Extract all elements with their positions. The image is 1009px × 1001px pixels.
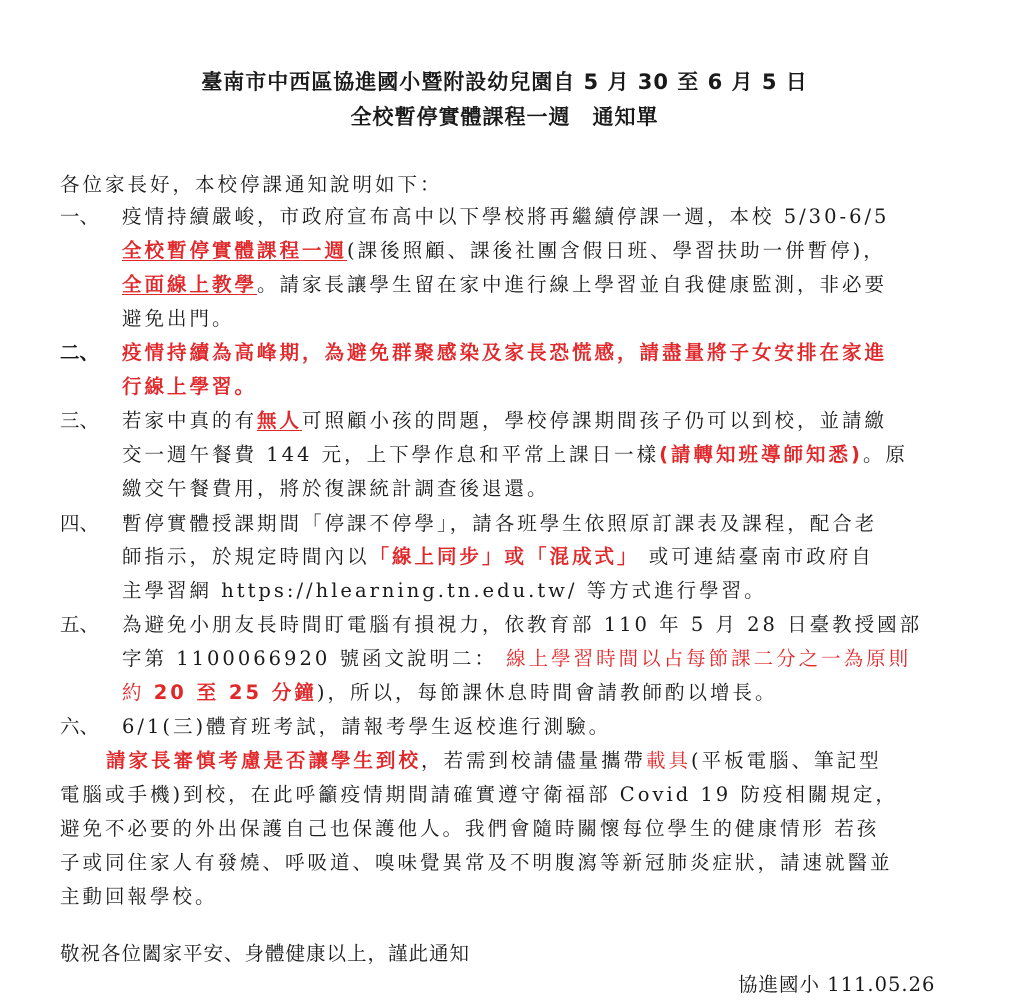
item-line: 全校暫停實體課程一週(課後照顧、課後社團含假日班、學習扶助一併暫停)， [122,238,886,264]
highlight-text: 請家長審慎考慮是否讓學生到校 [106,749,421,772]
item-line: 交一週午餐費 144 元，上下學作息和平常上課日一樣(請轉知班導師知悉)。原 [122,442,908,468]
body-text: ，若需到校請儘量攜帶 [421,749,646,772]
body-text: 暫停實體授課期間「停課不停學」，請各班學生依照原訂課表及課程，配合老 [122,512,877,535]
item-number: 三、 [60,408,99,434]
highlight-underlined-text: 全面線上教學 [122,273,257,296]
item-line: 師指示，於規定時間內以「線上同步」或「混成式」 或可連結臺南市政府自 [122,544,874,570]
item-line: 疫情持續為高峰期，為避免群聚感染及家長恐慌感，請盡量將子女安排在家進 [122,340,887,366]
document-title-line2: 全校暫停實體課程一週 通知單 [0,101,1009,131]
body-text: 避免不必要的外出保護自己也保護他人。我們會隨時關懷每位學生的健康情形 若孩 [60,817,879,840]
body-text: (課後照顧、課後社團含假日班、學習扶助一併暫停)， [347,239,886,262]
highlight-text: 載具 [646,749,691,772]
body-text: 。原 [863,443,908,466]
body-text: 。請家長讓學生留在家中進行線上學習並自我健康監測，非必要 [257,273,887,296]
greeting: 各位家長好，本校停課通知說明如下： [60,172,443,198]
item-line: 主學習網 https://hlearning.tn.edu.tw/ 等方式進行學… [122,578,767,604]
closing-line: 電腦或手機)到校，在此呼籲疫情期間請確實遵守衛福部 Covid 19 防疫相關規… [60,782,898,808]
item-number: 四、 [60,511,99,537]
highlight-underlined-text: 全校暫停實體課程一週 [122,239,347,262]
body-text: (平板電腦、筆記型 [691,749,882,772]
body-text: 交一週午餐費 144 元，上下學作息和平常上課日一樣 [122,443,659,466]
item-line: 疫情持續嚴峻，市政府宣布高中以下學校將再繼續停課一週，本校 5/30-6/5 [122,204,889,230]
item-number: 一、 [60,204,99,230]
item-number: 五、 [60,612,99,638]
body-text: 主動回報學校。 [60,885,218,908]
body-text: 繳交午餐費用，將於復課統計調查後退還。 [122,477,550,500]
highlight-text: (請轉知班導師知悉) [659,443,863,466]
closing-line: 避免不必要的外出保護自己也保護他人。我們會隨時關懷每位學生的健康情形 若孩 [60,816,879,842]
item-line: 6/1(三)體育班考試，請報考學生返校進行測驗。 [122,714,611,740]
highlight-text: 約 [122,681,154,704]
item-number: 六、 [60,714,99,740]
closing-line: 請家長審慎考慮是否讓學生到校，若需到校請儘量攜帶載具(平板電腦、筆記型 [106,748,882,774]
sign-off: 敬祝各位闔家平安、身體健康以上，謹此通知 [60,941,470,967]
item-line: 若家中真的有無人可照顧小孩的問題，學校停課期間孩子仍可以到校，並請繳 [122,408,887,434]
body-text: 師指示，於規定時間內以 [122,545,370,568]
body-text: )，所以，每節課休息時間會請教師酌以增長。 [317,681,778,704]
closing-line: 主動回報學校。 [60,884,218,910]
body-text: 若家中真的有 [122,409,257,432]
closing-line: 子或同住家人有發燒、呼吸道、嗅味覺異常及不明腹瀉等新冠肺炎症狀，請速就醫並 [60,850,893,876]
body-text: 可照顧小孩的問題，學校停課期間孩子仍可以到校，並請繳 [302,409,887,432]
body-text: 子或同住家人有發燒、呼吸道、嗅味覺異常及不明腹瀉等新冠肺炎症狀，請速就醫並 [60,851,893,874]
body-text: 為避免小朋友長時間盯電腦有損視力，依教育部 110 年 5 月 28 日臺教授國… [122,613,922,636]
body-text: 或可連結臺南市政府自 [640,545,874,568]
body-text: 疫情持續嚴峻，市政府宣布高中以下學校將再繼續停課一週，本校 5/30-6/5 [122,205,889,228]
highlight-text: 「線上同步」或「混成式」 [370,545,640,568]
document-title-line1: 臺南市中西區協進國小暨附設幼兒園自 5 月 30 至 6 月 5 日 [0,66,1009,96]
item-line: 行線上學習。 [122,374,257,400]
item-line: 字第 1100066920 號函文說明二： 線上學習時間以占每節課二分之一為原則 [122,646,911,672]
item-line: 全面線上教學。請家長讓學生留在家中進行線上學習並自我健康監測，非必要 [122,272,887,298]
signature: 協進國小 111.05.26 [738,972,935,998]
item-line: 繳交午餐費用，將於復課統計調查後退還。 [122,476,550,502]
highlight-text: 線上學習時間以占每節課二分之一為原則 [506,647,911,670]
body-text: 字第 1100066920 號函文說明二： [122,647,506,670]
body-text: 6/1(三)體育班考試，請報考學生返校進行測驗。 [122,715,611,738]
body-text: 主學習網 https://hlearning.tn.edu.tw/ 等方式進行學… [122,579,767,602]
item-line: 避免出門。 [122,306,235,332]
item-line: 為避免小朋友長時間盯電腦有損視力，依教育部 110 年 5 月 28 日臺教授國… [122,612,922,638]
highlight-text: 20 至 25 分鐘 [154,681,317,704]
highlight-text: 行線上學習。 [122,375,257,398]
item-number: 二、 [60,340,99,366]
item-line: 約 20 至 25 分鐘)，所以，每節課休息時間會請教師酌以增長。 [122,680,777,706]
highlight-underlined-text: 無人 [257,409,302,432]
body-text: 避免出門。 [122,307,235,330]
highlight-text: 疫情持續為高峰期，為避免群聚感染及家長恐慌感，請盡量將子女安排在家進 [122,341,887,364]
item-line: 暫停實體授課期間「停課不停學」，請各班學生依照原訂課表及課程，配合老 [122,511,877,537]
body-text: 電腦或手機)到校，在此呼籲疫情期間請確實遵守衛福部 Covid 19 防疫相關規… [60,783,898,806]
